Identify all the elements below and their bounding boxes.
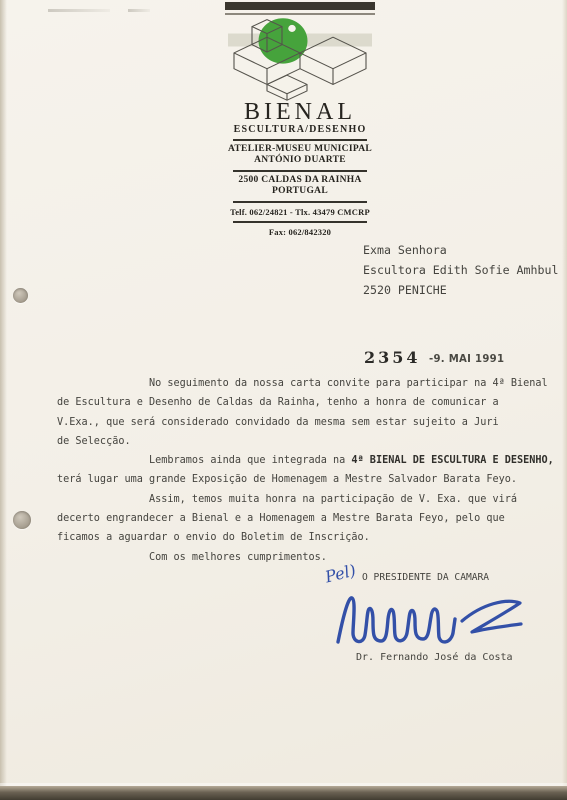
body-line: No seguimento da nossa carta convite par… — [57, 374, 535, 393]
letterhead-institution-line1: ATELIER-MUSEU MUNICIPAL — [217, 144, 383, 155]
letterhead-telecom: Telf. 062/24821 - Tlx. 43479 CMCRP — [217, 208, 383, 217]
punch-hole-bottom — [13, 511, 31, 529]
faint-pencil-marks — [128, 9, 150, 12]
registry-number-stamp: 2354 — [364, 348, 421, 367]
scanned-letter-page: BIENAL ESCULTURA/DESENHO ATELIER-MUSEU M… — [0, 0, 567, 800]
punch-hole-top — [13, 288, 28, 303]
recipient-address: Exma Senhora Escultora Edith Sofie Amhbu… — [363, 240, 558, 300]
body-line: Assim, temos muita honra na participação… — [57, 490, 535, 509]
bienal-sculpture-logo-icon — [225, 15, 375, 103]
letterhead-address-line1: 2500 CALDAS DA RAINHA — [217, 175, 383, 186]
date-stamp: -9. MAI 1991 — [429, 352, 504, 365]
scan-edge-bottom — [0, 786, 567, 800]
body-bold-segment: 4ª BIENAL DE ESCULTURA E DESENHO, — [351, 455, 553, 466]
recipient-name: Escultora Edith Sofie Amhbul — [363, 260, 558, 280]
faint-pencil-marks — [48, 9, 110, 12]
body-line: terá lugar uma grande Exposição de Homen… — [57, 470, 535, 489]
body-text-segment: Lembramos ainda que integrada na — [149, 455, 351, 466]
signer-name: Dr. Fernando José da Costa — [356, 652, 513, 663]
body-line: Lembramos ainda que integrada na 4ª BIEN… — [57, 451, 535, 470]
scan-edge-right — [562, 0, 567, 800]
letterhead-title: BIENAL — [217, 101, 383, 123]
signer-title: O PRESIDENTE DA CAMARA — [362, 572, 489, 583]
letterhead-rule — [233, 201, 367, 203]
letterhead-rule — [233, 139, 367, 141]
letterhead-address-line2: PORTUGAL — [217, 186, 383, 197]
letterhead-rule — [233, 221, 367, 223]
body-line: ficamos a aguardar o envio do Boletim de… — [57, 528, 535, 547]
letterhead-institution-line2: ANTÓNIO DUARTE — [217, 155, 383, 166]
letterhead-top-rule-thick — [225, 2, 375, 10]
recipient-postal: 2520 PENICHE — [363, 280, 558, 300]
body-line: decerto engrandecer a Bienal e a Homenag… — [57, 509, 535, 528]
body-line: V.Exa., que será considerado convidado d… — [57, 413, 535, 432]
letterhead-subtitle: ESCULTURA/DESENHO — [217, 125, 383, 135]
body-line: de Selecção. — [57, 432, 535, 451]
body-line: de Escultura e Desenho de Caldas da Rain… — [57, 393, 535, 412]
closing-line: Com os melhores cumprimentos. — [57, 548, 535, 567]
letterhead: BIENAL ESCULTURA/DESENHO ATELIER-MUSEU M… — [217, 0, 383, 237]
letterhead-fax: Fax: 062/842320 — [217, 228, 383, 237]
signature-scribble — [330, 588, 535, 650]
letterhead-rule — [233, 170, 367, 172]
recipient-salutation: Exma Senhora — [363, 240, 558, 260]
letter-body: No seguimento da nossa carta convite par… — [57, 374, 535, 567]
scan-edge-left — [0, 0, 7, 800]
